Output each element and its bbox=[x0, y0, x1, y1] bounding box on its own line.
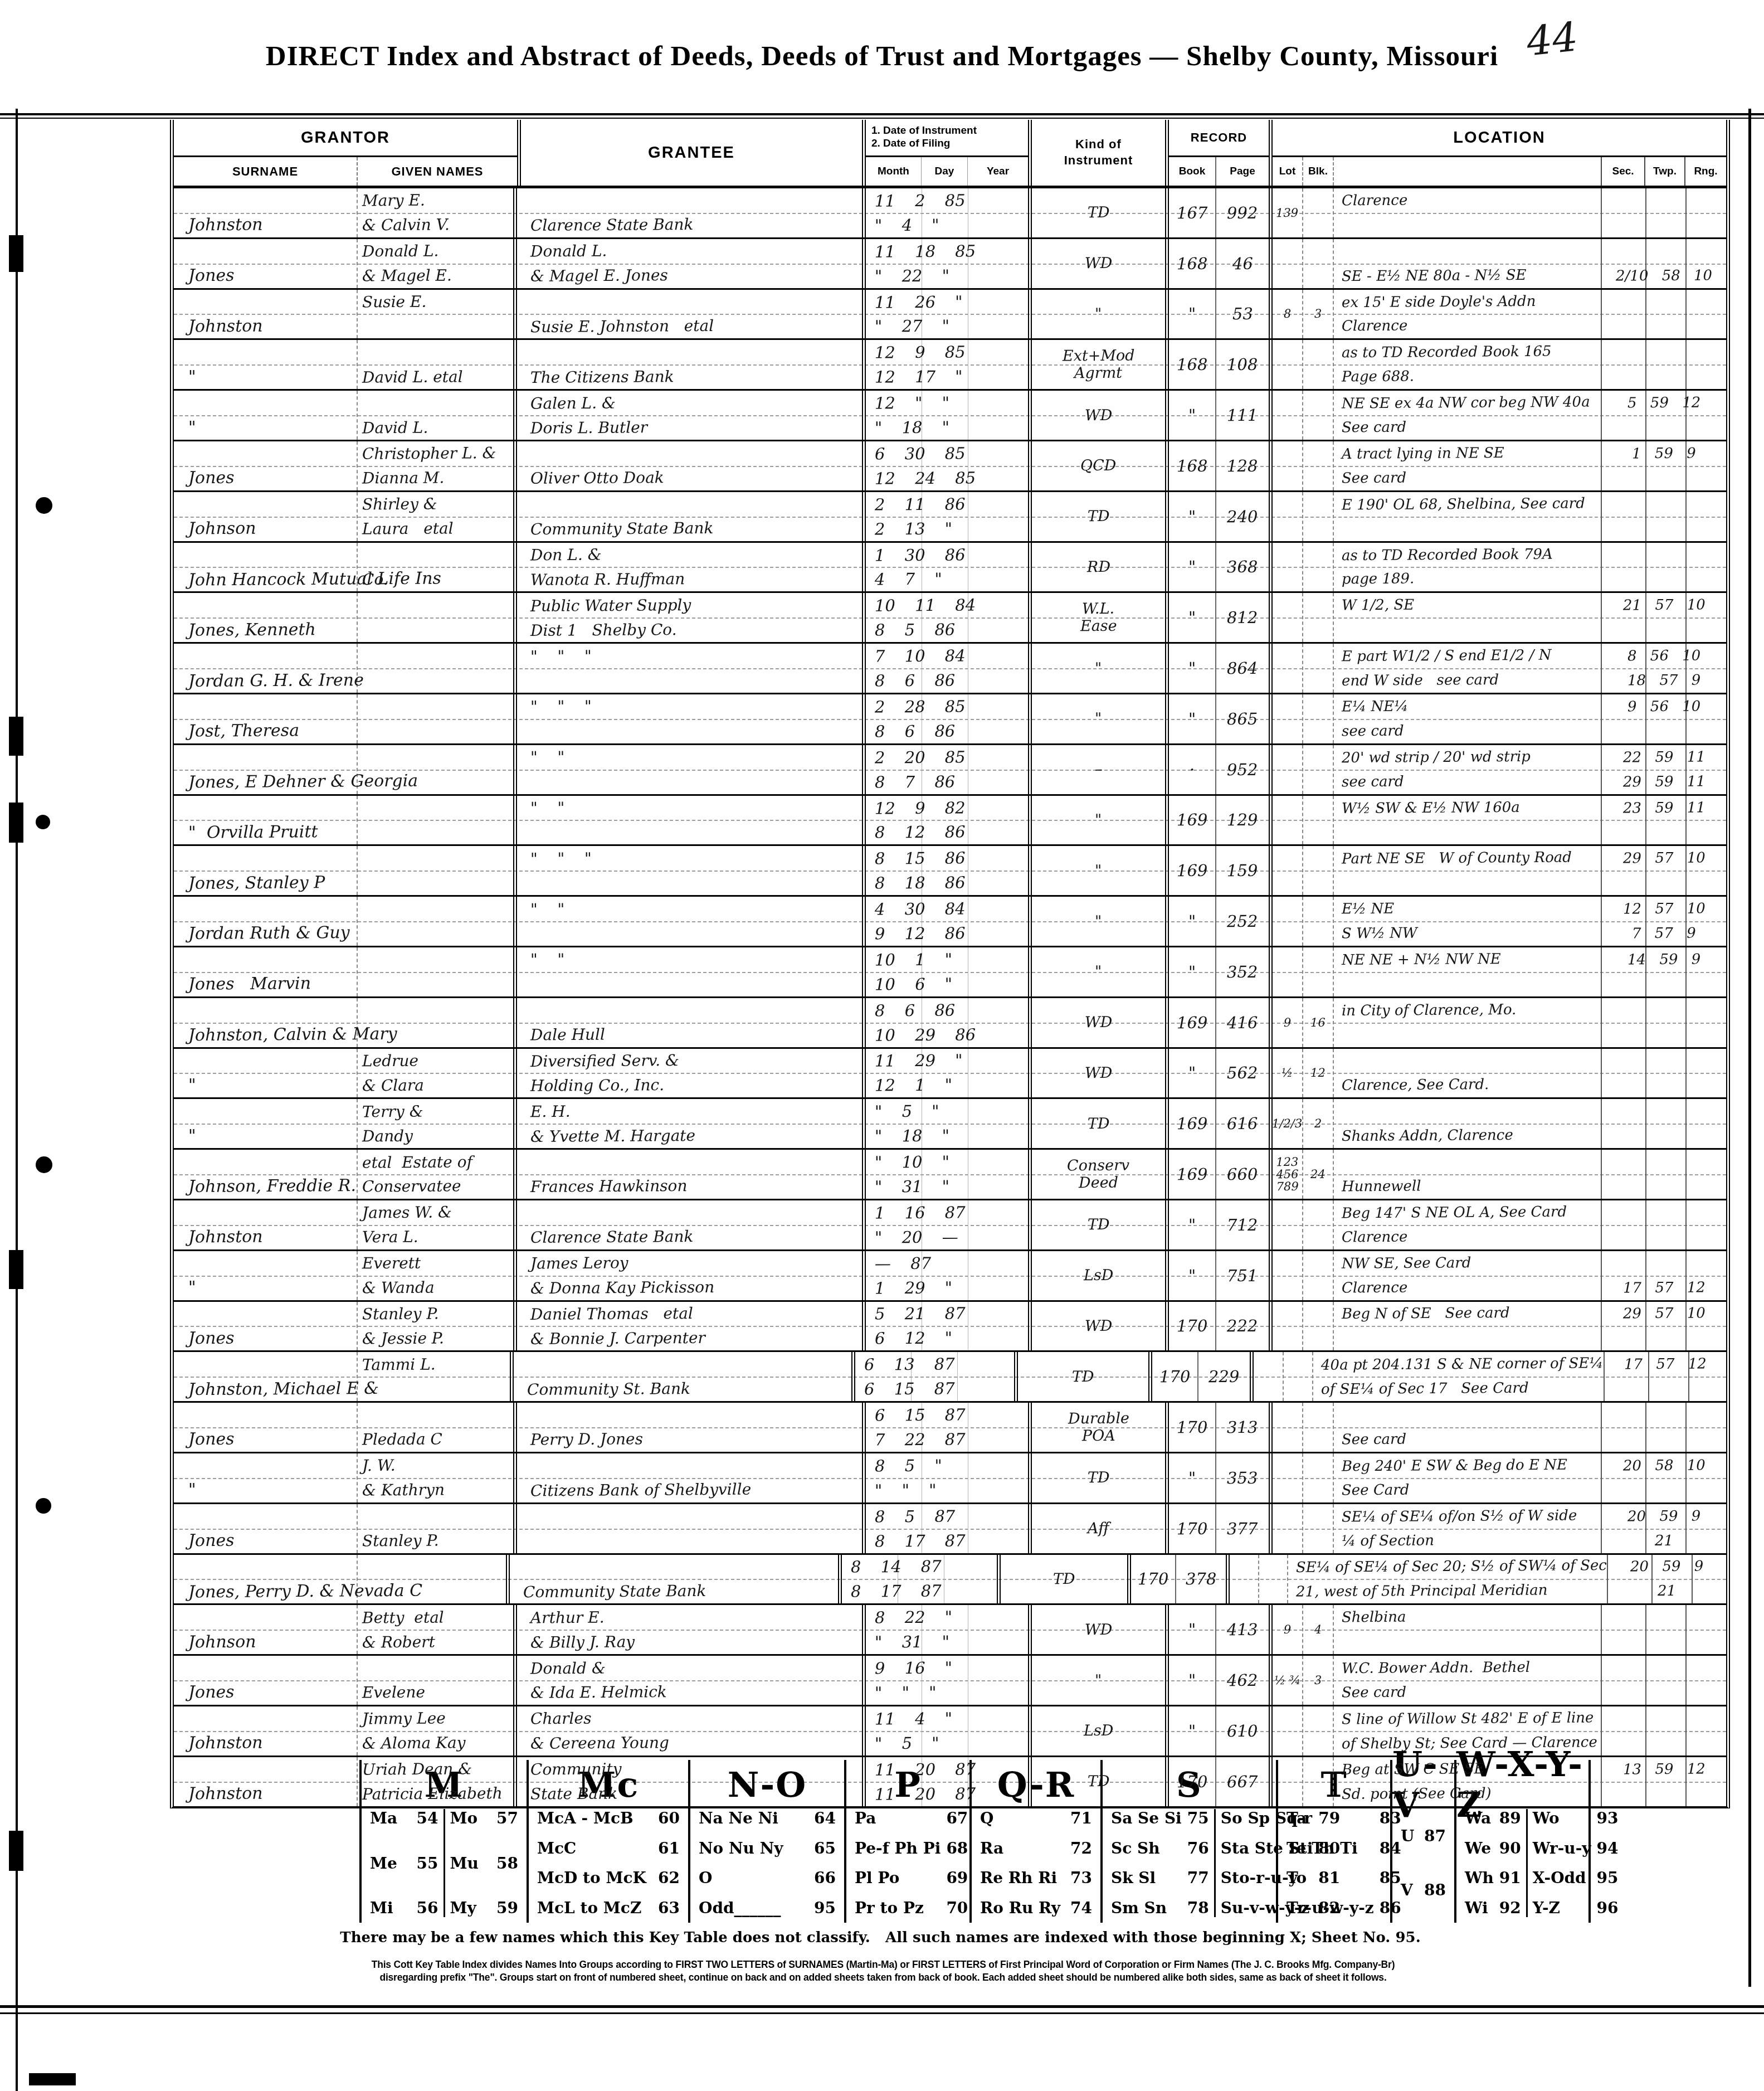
header-twp: Twp. bbox=[1644, 157, 1684, 186]
grantor-surname: Jordan G. H. & Irene bbox=[188, 670, 364, 690]
date-of-instrument: 12 9 82 bbox=[875, 798, 966, 818]
grantor-surname: Johnston, Michael E & bbox=[188, 1378, 379, 1399]
key-sub-column: Ma54Me55Mi56 bbox=[365, 1809, 444, 1917]
sec-twp-rng-1: 29 57 10 bbox=[1623, 850, 1705, 867]
key-range: Sk Sl bbox=[1111, 1869, 1156, 1887]
grantor-surname: Johnson bbox=[188, 519, 256, 539]
sec-twp-rng-2: 29 59 11 bbox=[1623, 773, 1705, 790]
location-line-2: page 189. bbox=[1342, 571, 1415, 588]
kind-line-1: RD bbox=[1086, 558, 1110, 576]
date-of-instrument: 11 2 85 bbox=[875, 191, 966, 210]
grantor-surname: Johnston bbox=[188, 1784, 263, 1804]
location-line-1: Clarence bbox=[1342, 192, 1407, 210]
record-book: 169 bbox=[1177, 861, 1208, 880]
key-column-body: McA - McB60McC61McD to McK62McL to McZ63 bbox=[529, 1809, 688, 1923]
grantor-given-1: Terry & bbox=[362, 1102, 423, 1121]
key-range-entry: McL to McZ63 bbox=[537, 1899, 680, 1917]
location-line-2: S W½ NW bbox=[1342, 925, 1417, 942]
lot: ½ bbox=[1281, 1067, 1293, 1079]
key-range: Mi bbox=[370, 1899, 393, 1917]
date-of-filing: " 27 " bbox=[875, 317, 949, 336]
location-line-1: Beg 147' S NE OL A, See Card bbox=[1342, 1203, 1567, 1222]
date-of-filing: " 4 " bbox=[875, 215, 939, 235]
record-page: 128 bbox=[1227, 456, 1258, 475]
record-book: " bbox=[1188, 406, 1196, 425]
kind-line-1: WD bbox=[1085, 406, 1113, 424]
key-sheet-number: 59 bbox=[496, 1899, 518, 1917]
key-sheet-number: 61 bbox=[658, 1839, 680, 1857]
key-sheet-number: 66 bbox=[814, 1869, 836, 1887]
date-of-instrument: 11 20 87 bbox=[875, 1759, 976, 1779]
grantee-line-1: Galen L. & bbox=[530, 393, 616, 412]
key-range-entry: Q71 bbox=[980, 1809, 1092, 1827]
kind-line-1: TD bbox=[1088, 1115, 1110, 1132]
date-of-instrument: 6 30 85 bbox=[875, 444, 966, 463]
key-sheet-number: 54 bbox=[417, 1809, 438, 1827]
key-range-entry: Tr-u-w-y-z86 bbox=[1287, 1899, 1401, 1917]
date-of-filing: " 20 — bbox=[875, 1227, 958, 1247]
location-line-2: Shanks Addn, Clarence bbox=[1342, 1127, 1513, 1145]
ledger-entry-row: Jordan Ruth & Guy " " 4 30 84 9 12 86 " … bbox=[174, 897, 1726, 947]
key-sheet-number: 72 bbox=[1070, 1839, 1092, 1857]
grantor-surname: Jones, Kenneth bbox=[188, 620, 316, 640]
key-column-body: Sa Se Si75Sc Sh76Sk Sl77Sm Sn78So Sp Sq-… bbox=[1103, 1809, 1276, 1923]
header-sec: Sec. bbox=[1601, 157, 1644, 186]
record-page: 667 bbox=[1227, 1772, 1258, 1791]
record-book: " bbox=[1188, 1468, 1196, 1487]
record-book: " bbox=[1188, 304, 1196, 323]
grantee-line-1: Diversified Serv. & bbox=[530, 1051, 679, 1071]
record-page: 712 bbox=[1227, 1215, 1258, 1234]
sec-twp-rng-2: 21 bbox=[1658, 1583, 1676, 1599]
key-range: Pr to Pz bbox=[855, 1899, 924, 1917]
blk: 3 bbox=[1314, 1674, 1322, 1686]
sec-twp-rng-1: 22 59 11 bbox=[1623, 748, 1705, 766]
ledger-entry-row: " J. W. & Kathryn Citizens Bank of Shelb… bbox=[174, 1453, 1726, 1504]
ledger-entry-row: Jones Stanley P. 8 5 87 8 17 87 Aff 170 … bbox=[174, 1504, 1726, 1555]
key-sheet-number: 64 bbox=[814, 1809, 836, 1827]
key-sheet-number: 73 bbox=[1070, 1869, 1092, 1887]
binder-mark bbox=[9, 717, 23, 756]
grantor-surname: Johnston bbox=[188, 1227, 263, 1247]
grantee-line-2: & Ida E. Helmick bbox=[530, 1683, 667, 1703]
blk: 16 bbox=[1310, 1017, 1326, 1029]
ledger-entry-row: Jones Marvin " " 10 1 " 10 6 " " " 352 bbox=[174, 947, 1726, 998]
location-line-2: See card bbox=[1342, 1684, 1406, 1701]
ledger-entry-row: " David L. etal The Citizens Bank 12 9 8… bbox=[174, 340, 1726, 391]
grantor-surname: Jost, Theresa bbox=[188, 721, 299, 741]
grantor-given-2: Laura etal bbox=[362, 519, 454, 538]
grantee-line-2: Perry D. Jones bbox=[530, 1430, 643, 1449]
ledger-entry-row: Jones Christopher L. & Dianna M. Oliver … bbox=[174, 441, 1726, 492]
blk: 24 bbox=[1310, 1168, 1326, 1180]
sec-twp-rng-1: 20 59 9 bbox=[1627, 1508, 1700, 1525]
kind-line-1: WD bbox=[1085, 1014, 1113, 1031]
key-range: O bbox=[699, 1869, 712, 1887]
key-range: Sa Se Si bbox=[1111, 1809, 1182, 1827]
key-sheet-number: 68 bbox=[946, 1839, 968, 1857]
grantee-line-2: Dale Hull bbox=[530, 1025, 605, 1044]
record-page: 864 bbox=[1227, 659, 1258, 678]
grantor-surname: " bbox=[188, 1076, 196, 1095]
sec-twp-rng-1: 13 59 12 bbox=[1623, 1761, 1705, 1778]
key-range-entry: Ta83 bbox=[1287, 1809, 1401, 1827]
page-number: 44 bbox=[1524, 13, 1580, 65]
date-of-filing: " 18 " bbox=[875, 418, 949, 437]
key-sub-column: Sa Se Si75Sc Sh76Sk Sl77Sm Sn78 bbox=[1106, 1809, 1214, 1917]
grantor-given-1: James W. & bbox=[362, 1203, 452, 1222]
record-book: 170 bbox=[1177, 1316, 1208, 1335]
date-of-instrument: 2 28 85 bbox=[875, 697, 966, 716]
kind-line-1: Durable bbox=[1068, 1410, 1129, 1428]
date-of-filing: 11 20 87 bbox=[875, 1784, 976, 1803]
location-line-1: Part NE SE W of County Road bbox=[1342, 849, 1572, 868]
location-line-1: Beg N of SE See card bbox=[1342, 1305, 1510, 1322]
location-line-1: Shelbina bbox=[1342, 1609, 1406, 1626]
key-range-entry: Y-Z96 bbox=[1533, 1899, 1619, 1917]
fine-print: This Cott Key Table Index divides Names … bbox=[262, 1958, 1504, 1984]
key-range: Na Ne Ni bbox=[699, 1809, 778, 1827]
record-page: 610 bbox=[1227, 1722, 1258, 1740]
record-book: 169 bbox=[1177, 1165, 1208, 1184]
record-page: 812 bbox=[1227, 608, 1258, 627]
grantor-given-2: Stanley P. bbox=[362, 1531, 439, 1550]
grantee-line-2: The Citizens Bank bbox=[530, 367, 674, 387]
grantor-given-1: Mary E. bbox=[362, 191, 425, 210]
page-title: DIRECT Index and Abstract of Deeds, Deed… bbox=[0, 40, 1764, 72]
binder-mark bbox=[36, 1498, 51, 1514]
record-book: 170 bbox=[1177, 1519, 1208, 1538]
key-range: Q bbox=[980, 1809, 993, 1827]
kind-line-1: Aff bbox=[1088, 1520, 1109, 1537]
location-line-1: in City of Clarence, Mo. bbox=[1342, 1001, 1517, 1019]
key-sub-column: McA - McB60McC61McD to McK62McL to McZ63 bbox=[532, 1809, 685, 1917]
grantor-given-2: Vera L. bbox=[362, 1228, 418, 1247]
key-range-entry: Pa67 bbox=[855, 1809, 968, 1827]
key-range: Pa bbox=[855, 1809, 876, 1827]
location-line-1: NW SE, See Card bbox=[1342, 1254, 1471, 1272]
key-sheet-number: 67 bbox=[946, 1809, 968, 1827]
key-range-entry: To85 bbox=[1287, 1869, 1401, 1887]
grantee-line-2: Doris L. Butler bbox=[530, 418, 647, 437]
table-top-rule-1 bbox=[0, 113, 1764, 115]
grantee-line-2: Clarence State Bank bbox=[530, 215, 694, 235]
record-page: 352 bbox=[1227, 962, 1258, 981]
date-of-instrument: 1 16 87 bbox=[875, 1203, 966, 1222]
sec-twp-rng-1: 21 57 10 bbox=[1623, 597, 1705, 614]
location-line-2: Clarence bbox=[1342, 1279, 1407, 1296]
key-range: Wa bbox=[1465, 1809, 1491, 1827]
sec-twp-rng-1: 23 59 11 bbox=[1623, 799, 1705, 816]
key-range: McD to McK bbox=[537, 1869, 646, 1887]
sec-twp-rng-2: 18 57 9 bbox=[1627, 672, 1700, 689]
key-sheet-number: 91 bbox=[1499, 1869, 1521, 1887]
grantor-given-2: David L. bbox=[362, 418, 428, 437]
grantor-given-1: etal Estate of bbox=[362, 1153, 472, 1171]
date-of-instrument: 8 15 86 bbox=[875, 849, 966, 868]
sec-twp-rng-1: 20 59 9 bbox=[1630, 1558, 1703, 1575]
kind-line-1: WD bbox=[1085, 255, 1113, 272]
grantor-given-2: & Aloma Kay bbox=[362, 1734, 466, 1753]
header-lot: Lot bbox=[1273, 157, 1303, 186]
fine-print-line-2: disregarding prefix "The". Groups start … bbox=[262, 1971, 1504, 1984]
date-of-filing: 12 1 " bbox=[875, 1076, 952, 1095]
grantee-line-1: E. H. bbox=[530, 1102, 571, 1121]
key-range-entry: Ra72 bbox=[980, 1839, 1092, 1857]
key-range-entry: Sc Sh76 bbox=[1111, 1839, 1209, 1857]
fine-print-line-1: This Cott Key Table Index divides Names … bbox=[262, 1958, 1504, 1971]
key-range-entry: Pl Po69 bbox=[855, 1869, 968, 1887]
record-page: 53 bbox=[1232, 304, 1253, 323]
ledger-entry-row: " Orvilla Pruitt " " 12 9 82 8 12 86 " 1… bbox=[174, 796, 1726, 847]
key-range-entry: McD to McK62 bbox=[537, 1869, 680, 1887]
grantor-given-1: Susie E. bbox=[362, 293, 427, 312]
grantee-line-2: Citizens Bank of Shelbyville bbox=[530, 1480, 751, 1500]
key-sheet-number: 90 bbox=[1499, 1839, 1521, 1857]
key-range: Y-Z bbox=[1533, 1899, 1560, 1917]
binder-mark bbox=[9, 803, 23, 843]
lot: 123 456 789 bbox=[1273, 1156, 1302, 1193]
key-sheet-number: 57 bbox=[496, 1809, 518, 1827]
kind-line-1: " bbox=[1095, 305, 1102, 323]
kind-line-1: WD bbox=[1085, 1064, 1113, 1082]
location-line-2: Clarence, See Card. bbox=[1342, 1076, 1489, 1094]
date-of-filing: 8 7 86 bbox=[875, 772, 955, 791]
kind-line-2: Deed bbox=[1079, 1174, 1118, 1192]
binder-mark bbox=[36, 497, 52, 514]
record-book: " bbox=[1188, 1722, 1196, 1740]
record-book: " bbox=[1188, 608, 1196, 627]
sec-twp-rng-1: 29 57 10 bbox=[1623, 1305, 1705, 1322]
grantee-line-2: Frances Hawkinson bbox=[530, 1176, 688, 1196]
grantor-surname: Jones Marvin bbox=[188, 974, 311, 995]
table-top-rule-2 bbox=[0, 118, 1764, 119]
grantor-given-2: Dianna M. bbox=[362, 469, 445, 488]
sec-twp-rng-1: 20 58 10 bbox=[1623, 1457, 1705, 1474]
ledger-entry-row: Jones, Perry D. & Nevada C Community Sta… bbox=[174, 1555, 1726, 1606]
date-of-instrument: 12 9 85 bbox=[875, 343, 966, 362]
location-line-2: of SE¼ of Sec 17 See Card bbox=[1321, 1380, 1529, 1398]
key-range-entry: X-Odd95 bbox=[1533, 1869, 1619, 1887]
key-sub-column: Wo93Wr-u-y94X-Odd95Y-Z96 bbox=[1526, 1809, 1624, 1917]
date-of-filing: 8 6 86 bbox=[875, 721, 955, 741]
header-dates-group: 1. Date of Instrument 2. Date of Filing … bbox=[866, 120, 1032, 186]
binder-mark bbox=[36, 815, 50, 829]
date-of-instrument: 2 20 85 bbox=[875, 747, 966, 767]
header-kind-line2: Instrument bbox=[1064, 153, 1133, 169]
grantor-surname: Jones bbox=[188, 1531, 235, 1551]
binder-mark bbox=[29, 2073, 76, 2085]
ledger-entry-row: Jones Evelene Donald & & Ida E. Helmick … bbox=[174, 1656, 1726, 1706]
header-kind-line1: Kind of bbox=[1075, 137, 1122, 153]
kind-line-1: TD bbox=[1088, 1469, 1110, 1486]
grantee-line-2: & Cereena Young bbox=[530, 1733, 669, 1753]
ledger-entry-row: Johnston Mary E. & Calvin V. Clarence St… bbox=[174, 188, 1726, 239]
ledger-entry-row: Johnston Jimmy Lee & Aloma Kay Charles &… bbox=[174, 1706, 1726, 1757]
header-given-names: GIVEN NAMES bbox=[358, 157, 517, 186]
key-range: Ta bbox=[1287, 1809, 1307, 1827]
record-page: 313 bbox=[1227, 1418, 1258, 1437]
date-of-filing: " 31 " bbox=[875, 1177, 949, 1197]
location-line-2: of Shelby St; See Card — Clarence bbox=[1342, 1734, 1597, 1752]
grantee-line-2: Community St. Bank bbox=[527, 1379, 690, 1399]
grantor-given-2: & Robert bbox=[362, 1632, 435, 1651]
location-line-2: Hunnewell bbox=[1342, 1178, 1421, 1195]
key-range-entry: Sa Se Si75 bbox=[1111, 1809, 1209, 1827]
ledger-entry-row: Jost, Theresa " " " 2 28 85 8 6 86 " " 8… bbox=[174, 694, 1726, 745]
date-of-instrument: 8 5 " bbox=[875, 1456, 942, 1475]
ledger-entry-row: Johnson Shirley & Laura etal Community S… bbox=[174, 492, 1726, 543]
record-page: 751 bbox=[1227, 1266, 1258, 1285]
record-book: " bbox=[1188, 1063, 1196, 1082]
key-range: Wh bbox=[1465, 1869, 1494, 1887]
kind-line-2: Ease bbox=[1080, 617, 1117, 635]
record-page: 660 bbox=[1227, 1165, 1258, 1184]
record-page: 416 bbox=[1227, 1013, 1258, 1032]
grantee-line-1: " " " bbox=[530, 646, 592, 665]
grantor-surname: Jones bbox=[188, 468, 235, 488]
left-scan-edge bbox=[16, 109, 18, 2091]
grantor-given-2: Evelene bbox=[362, 1683, 425, 1702]
grantee-line-1: Public Water Supply bbox=[530, 596, 691, 615]
grantor-given-1: Everett bbox=[362, 1254, 421, 1273]
header-grantor: GRANTOR bbox=[174, 120, 517, 157]
date-of-filing: 6 15 87 bbox=[864, 1379, 955, 1399]
location-line-1: as to TD Recorded Book 79A bbox=[1342, 546, 1553, 564]
blk: 12 bbox=[1310, 1067, 1326, 1079]
grantor-surname: " bbox=[188, 1480, 196, 1500]
sec-twp-rng-1: 12 57 10 bbox=[1623, 901, 1705, 918]
date-of-instrument: 12 " " bbox=[875, 393, 949, 413]
date-of-instrument: 11 4 " bbox=[875, 1709, 952, 1728]
key-column-body: Wa89We90Wh91Wi92Wo93Wr-u-y94X-Odd95Y-Z96 bbox=[1456, 1809, 1588, 1923]
grantee-line-1: Donald & bbox=[530, 1659, 606, 1677]
kind-line-1: LsD bbox=[1084, 1267, 1114, 1284]
date-of-filing: 10 6 " bbox=[875, 974, 952, 994]
grantor-given-1: Betty etal bbox=[362, 1608, 444, 1627]
location-line-1: 20' wd strip / 20' wd strip bbox=[1342, 748, 1531, 766]
grantee-line-1: Arthur E. bbox=[530, 1608, 605, 1627]
key-sub-column: Wa89We90Wh91Wi92 bbox=[1460, 1809, 1526, 1917]
kind-line-1: WD bbox=[1085, 1621, 1113, 1638]
key-range: Te Th Ti bbox=[1287, 1839, 1358, 1857]
key-sheet-number: 95 bbox=[1597, 1869, 1619, 1887]
grantor-given-1: Tammi L. bbox=[362, 1355, 436, 1374]
grantee-line-2: & Magel E. Jones bbox=[530, 266, 668, 285]
location-line-2: see card bbox=[1342, 773, 1404, 790]
blk: 3 bbox=[1314, 308, 1322, 320]
key-range: U bbox=[1401, 1827, 1414, 1845]
date-of-instrument: " 10 " bbox=[875, 1153, 949, 1172]
grantee-line-2: & Yvette M. Hargate bbox=[530, 1126, 695, 1146]
ledger-entry-row: Johnston Uriah Dean & Patricia Elizabeth… bbox=[174, 1757, 1726, 1806]
record-page: 368 bbox=[1227, 557, 1258, 576]
location-line-2: Clarence bbox=[1342, 318, 1407, 335]
ledger-entry-row: Jones Pledada C Perry D. Jones 6 15 87 7… bbox=[174, 1403, 1726, 1453]
grantor-surname: Johnston bbox=[188, 215, 263, 235]
sec-twp-rng-1: 8 56 10 bbox=[1627, 648, 1700, 665]
key-range: Ma bbox=[370, 1809, 397, 1827]
record-page: 108 bbox=[1227, 355, 1258, 374]
sec-twp-rng-2: 7 57 9 bbox=[1632, 925, 1696, 942]
grantor-surname: " bbox=[188, 1278, 196, 1297]
date-of-filing: " 5 " bbox=[875, 1733, 939, 1753]
grantee-line-2: Community State Bank bbox=[530, 519, 714, 538]
date-of-filing: 10 29 86 bbox=[875, 1025, 976, 1044]
header-month: Month bbox=[866, 157, 922, 186]
ledger-entry-row: Jones, Kenneth Public Water Supply Dist … bbox=[174, 593, 1726, 644]
key-range: No Nu Ny bbox=[699, 1839, 783, 1857]
grantor-surname: Jones bbox=[188, 1429, 235, 1450]
header-location-blank bbox=[1334, 157, 1601, 186]
key-range-entry: Me55 bbox=[370, 1854, 438, 1873]
location-line-1: A tract lying in NE SE bbox=[1342, 445, 1504, 463]
location-line-2: Page 688. bbox=[1342, 368, 1414, 386]
key-range-entry: Wi92 bbox=[1465, 1899, 1521, 1917]
key-sheet-number: 93 bbox=[1597, 1809, 1619, 1827]
grantee-line-2: & Bonnie J. Carpenter bbox=[530, 1329, 705, 1348]
kind-line-1: QCD bbox=[1080, 457, 1117, 474]
header-blk: Blk. bbox=[1303, 157, 1334, 186]
lot: 8 bbox=[1284, 308, 1292, 320]
grantor-surname: Jones bbox=[188, 1682, 235, 1703]
sec-twp-rng-2: 17 57 12 bbox=[1623, 1279, 1705, 1296]
ledger-entry-row: Johnston, Michael E & Tammi L. Community… bbox=[174, 1352, 1726, 1403]
key-sheet-number: 95 bbox=[814, 1899, 836, 1917]
key-table-note: There may be a few names which this Key … bbox=[167, 1929, 1594, 1946]
date-of-filing: 8 12 86 bbox=[875, 823, 966, 842]
grantor-given-1: J. W. bbox=[362, 1456, 396, 1475]
header-date-filing: 2. Date of Filing bbox=[871, 138, 950, 150]
header-kind-of-instrument: Kind of Instrument bbox=[1032, 120, 1169, 186]
bottom-rule-2 bbox=[0, 2012, 1764, 2014]
location-line-1: S line of Willow St 482' E of E line bbox=[1342, 1709, 1594, 1728]
header-rng: Rng. bbox=[1684, 157, 1726, 186]
record-book: 167 bbox=[1177, 203, 1208, 222]
header-record-group: RECORD Book Page bbox=[1169, 120, 1273, 186]
ledger-entry-row: John Hancock Mutual Life Ins Co. Don L. … bbox=[174, 543, 1726, 594]
location-line-1: NE SE ex 4a NW cor beg NW 40a bbox=[1342, 394, 1590, 412]
header-grantor-group: GRANTOR SURNAME GIVEN NAMES bbox=[174, 120, 517, 186]
key-column-body: U87V88 bbox=[1392, 1809, 1454, 1923]
key-range-entry: Pe-f Ph Pi68 bbox=[855, 1839, 968, 1857]
key-sub-column: U87V88 bbox=[1396, 1809, 1451, 1917]
record-page: 413 bbox=[1227, 1620, 1258, 1639]
key-range: Pl Po bbox=[855, 1869, 899, 1887]
grantor-surname: " bbox=[188, 367, 196, 387]
location-line-2: Sd. point (See Card) bbox=[1342, 1785, 1492, 1803]
grantor-given-1: Ledrue bbox=[362, 1052, 418, 1071]
grantor-given-2: & Calvin V. bbox=[362, 216, 450, 235]
record-page: 46 bbox=[1232, 254, 1253, 273]
grantor-given-2: & Magel E. bbox=[362, 266, 452, 285]
record-page: 353 bbox=[1227, 1468, 1258, 1487]
header-grantee: GRANTEE bbox=[517, 120, 866, 186]
kind-line-1: Ext+Mod bbox=[1063, 347, 1135, 365]
key-range-entry: McA - McB60 bbox=[537, 1809, 680, 1827]
location-line-1: E¼ NE¼ bbox=[1342, 698, 1409, 715]
sec-twp-rng-1: 14 59 9 bbox=[1627, 951, 1700, 968]
location-line-2: end W side see card bbox=[1342, 672, 1499, 689]
date-of-filing: " 31 " bbox=[875, 1632, 949, 1652]
grantor-given-1: Donald L. bbox=[362, 242, 439, 261]
binder-mark bbox=[36, 1156, 52, 1173]
location-line-2: ¼ of Section bbox=[1342, 1532, 1434, 1549]
key-sheet-number: 74 bbox=[1070, 1899, 1092, 1917]
key-range-entry: Wr-u-y94 bbox=[1533, 1839, 1619, 1857]
key-range: McA - McB bbox=[537, 1809, 634, 1827]
key-range: Ro Ru Ry bbox=[980, 1899, 1060, 1917]
